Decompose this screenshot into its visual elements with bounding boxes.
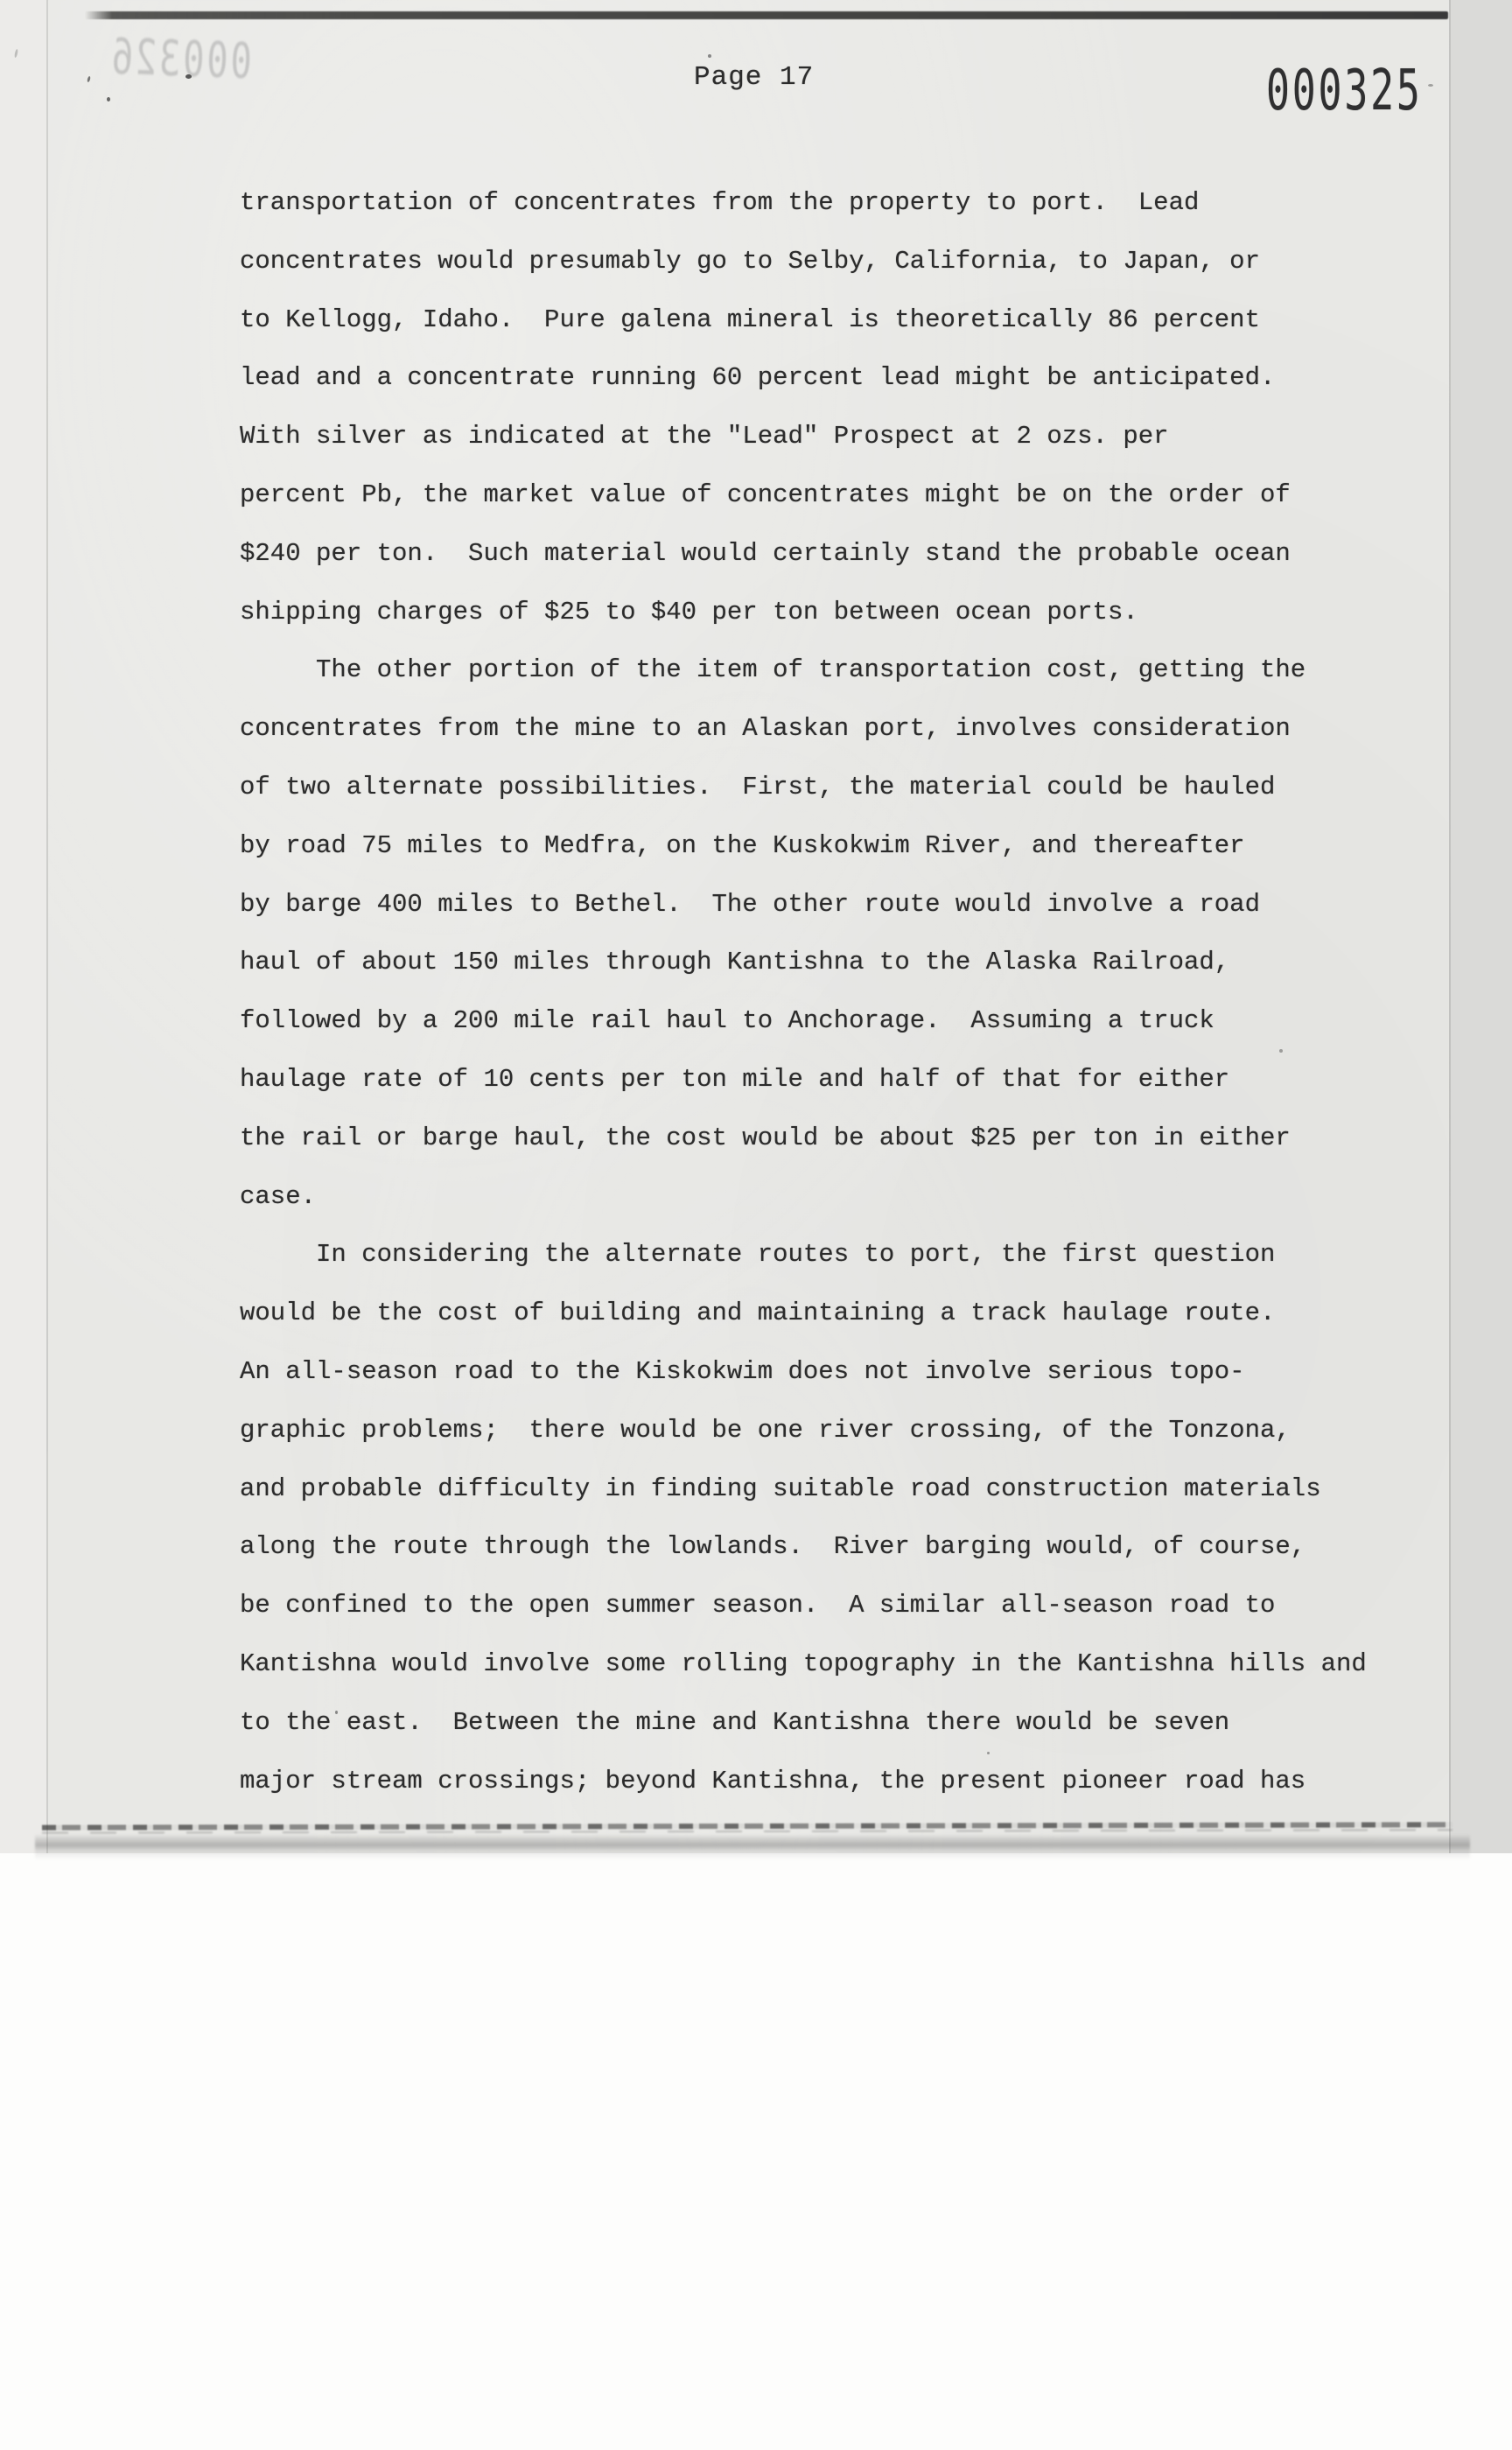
scanner-background-bottom [0, 1853, 1512, 2450]
scanner-background-left [0, 0, 46, 1853]
document-paper: 000326 Page 17 000325 transportation of … [46, 0, 1451, 1853]
text-line: along the route through the lowlands. Ri… [240, 1518, 1367, 1577]
text-line: of two alternate possibilities. First, t… [240, 759, 1367, 817]
text-line: case. [240, 1168, 1367, 1227]
text-line: lead and a concentrate running 60 percen… [240, 349, 1367, 408]
text-line: With silver as indicated at the "Lead" P… [240, 408, 1367, 466]
ink-speck [1279, 1049, 1283, 1053]
text-line: An all-season road to the Kiskokwim does… [240, 1343, 1367, 1402]
ink-speck [987, 1752, 990, 1754]
scanned-page-canvas: 000326 Page 17 000325 transportation of … [0, 0, 1512, 2450]
text-line: the rail or barge haul, the cost would b… [240, 1109, 1367, 1168]
ink-speck [107, 97, 110, 101]
text-line: haul of about 150 miles through Kantishn… [240, 934, 1367, 992]
text-line: by barge 400 miles to Bethel. The other … [240, 876, 1367, 934]
ink-speck [185, 74, 192, 79]
text-line: shipping charges of $25 to $40 per ton b… [240, 584, 1367, 642]
text-line: and probable difficulty in finding suita… [240, 1460, 1367, 1519]
scanner-background-right [1451, 0, 1512, 1853]
text-line: be confined to the open summer season. A… [240, 1577, 1367, 1635]
text-line: haulage rate of 10 cents per ton mile an… [240, 1051, 1367, 1109]
text-line: concentrates from the mine to an Alaskan… [240, 700, 1367, 759]
text-line: $240 per ton. Such material would certai… [240, 525, 1367, 584]
text-line: Kantishna would involve some rolling top… [240, 1635, 1367, 1694]
text-line: concentrates would presumably go to Selb… [240, 233, 1367, 291]
text-line: by road 75 miles to Medfra, on the Kusko… [240, 817, 1367, 876]
text-line: major stream crossings; beyond Kantishna… [240, 1753, 1367, 1811]
scan-top-edge-artifact [85, 11, 1448, 19]
text-line: to the east. Between the mine and Kantis… [240, 1694, 1367, 1753]
text-line: percent Pb, the market value of concentr… [240, 466, 1367, 525]
ink-speck [335, 1711, 338, 1714]
text-line: would be the cost of building and mainta… [240, 1284, 1367, 1343]
ink-speck [708, 54, 711, 58]
text-line: The other portion of the item of transpo… [240, 641, 1367, 700]
ink-speck [1428, 84, 1433, 87]
text-line: transportation of concentrates from the … [240, 174, 1367, 233]
text-line: graphic problems; there would be one riv… [240, 1402, 1367, 1460]
paper-bottom-shadow [35, 1834, 1470, 1860]
text-line: to Kellogg, Idaho. Pure galena mineral i… [240, 291, 1367, 350]
text-line: In considering the alternate routes to p… [240, 1226, 1367, 1284]
stamp-number: 000325 [1266, 63, 1423, 119]
bleed-through-stamp-number: 000326 [96, 32, 252, 90]
page-number-label: Page 17 [694, 63, 814, 93]
typewritten-body: transportation of concentrates from the … [240, 174, 1367, 1810]
text-line: followed by a 200 mile rail haul to Anch… [240, 992, 1367, 1051]
